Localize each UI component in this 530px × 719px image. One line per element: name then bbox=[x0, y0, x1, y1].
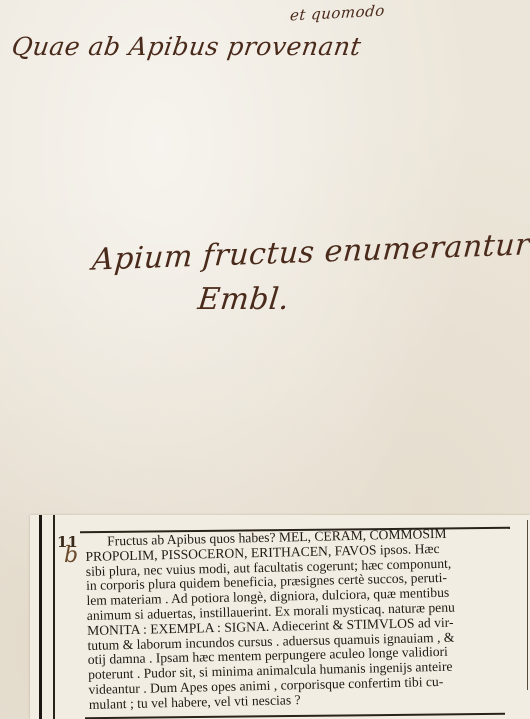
manuscript-note-line-2: Embl. bbox=[196, 282, 291, 317]
slip-border-outer bbox=[39, 515, 42, 719]
slip-margin-mark: b bbox=[64, 543, 78, 568]
printed-slip: 11 b Fructus ab Apibus quos habes? MEL, … bbox=[30, 515, 530, 719]
slip-bottom-rule bbox=[85, 713, 505, 719]
slip-right-edge bbox=[527, 520, 528, 690]
heading-interlinear-insert: et quomodo bbox=[289, 1, 385, 24]
manuscript-heading: Quae ab Apibus provenant bbox=[10, 32, 363, 61]
manuscript-page: Quae ab Apibus provenant et quomodo Apiu… bbox=[0, 0, 530, 719]
slip-text-block: Fructus ab Apibus quos habes? MEL, CERAM… bbox=[85, 525, 519, 712]
manuscript-note-line-1: Apium fructus enumerantur bbox=[91, 227, 530, 277]
slip-border-inner bbox=[53, 515, 55, 719]
